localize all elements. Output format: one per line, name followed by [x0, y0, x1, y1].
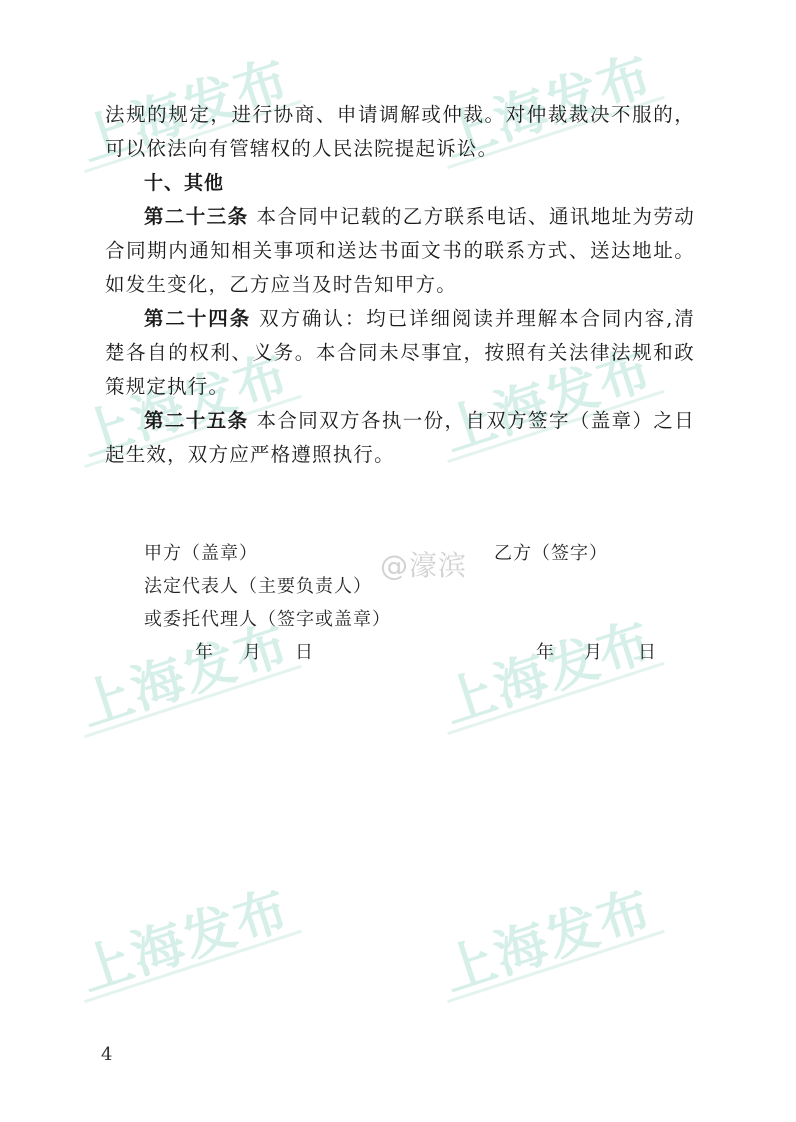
article-23: 第二十三条本合同中记载的乙方联系电话、通讯地址为劳动合同期内通知相关事项和送达书… [105, 200, 695, 302]
party-a-date: 年月日 [195, 638, 314, 664]
party-b-label: 乙方（签字） [494, 539, 608, 565]
section-heading-other: 十、其他 [105, 166, 695, 200]
date-year: 年 [536, 638, 584, 664]
article-number: 第二十四条 [144, 307, 251, 330]
article-25: 第二十五条本合同双方各执一份，自双方签字（盖章）之日起生效，双方应严格遵照执行。 [105, 404, 695, 472]
party-a-agent: 或委托代理人（签字或盖章） [144, 605, 391, 631]
article-number: 第二十三条 [144, 205, 248, 228]
watermark-brand: 上海发布 [432, 867, 661, 1005]
date-month: 月 [243, 638, 295, 664]
watermark-brand: 上海发布 [432, 599, 661, 737]
paragraph-continuation: 法规的规定，进行协商、申请调解或仲裁。对仲裁裁决不服的，可以依法向有管辖权的人民… [105, 98, 695, 166]
party-a-representative: 法定代表人（主要负责人） [144, 572, 372, 598]
page-number: 4 [101, 1044, 112, 1065]
date-day: 日 [638, 638, 657, 664]
party-b-date: 年月日 [536, 638, 657, 664]
party-a-label: 甲方（盖章） [144, 539, 258, 565]
document-body: 法规的规定，进行协商、申请调解或仲裁。对仲裁裁决不服的，可以依法向有管辖权的人民… [105, 98, 695, 472]
date-month: 月 [584, 638, 638, 664]
date-year: 年 [195, 638, 243, 664]
date-day: 日 [295, 638, 314, 664]
watermark-handle: @濠滨 [380, 544, 467, 584]
article-number: 第二十五条 [144, 409, 248, 432]
article-24: 第二十四条双方确认：均已详细阅读并理解本合同内容,清楚各自的权利、义务。本合同未… [105, 302, 695, 404]
watermark-brand: 上海发布 [69, 867, 298, 1005]
